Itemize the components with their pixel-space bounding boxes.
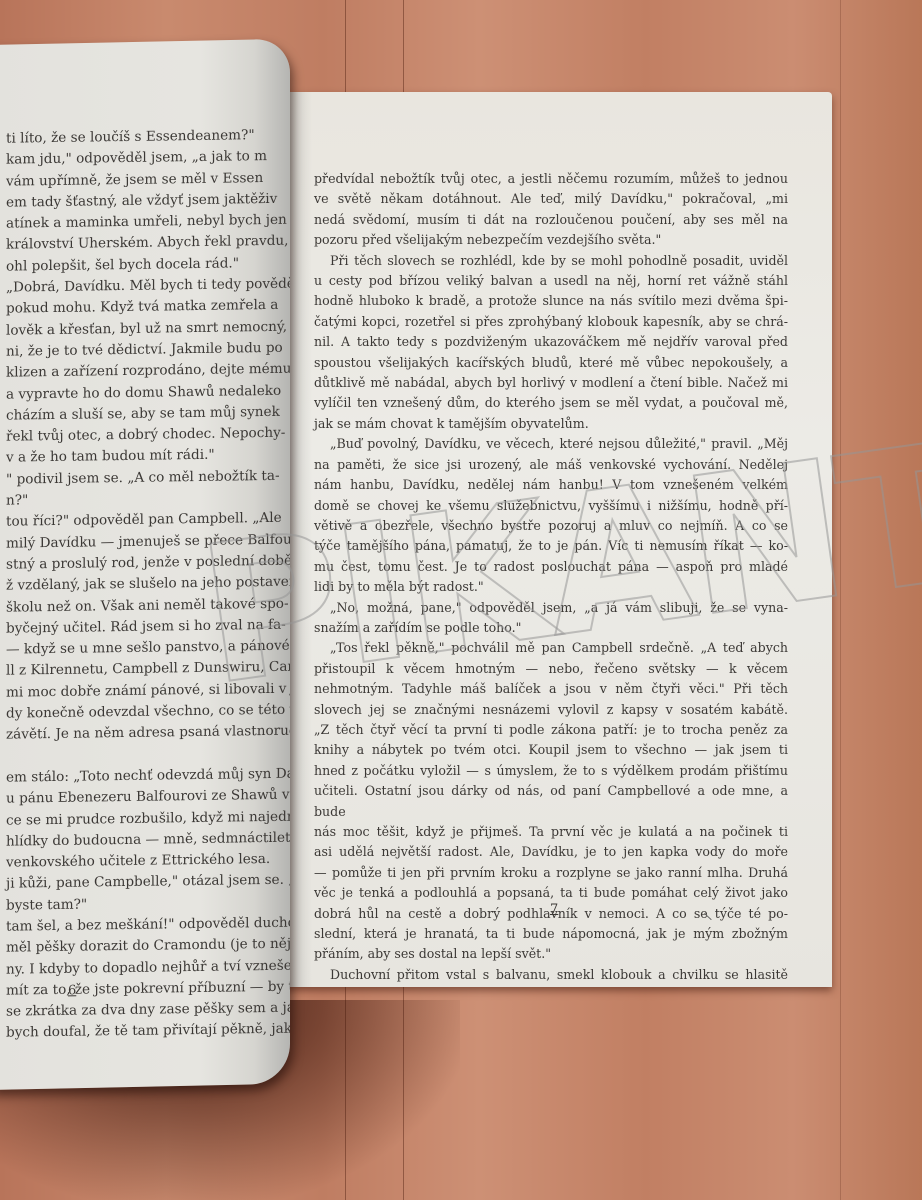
text-line: bych doufal, že tě tam přivítají pěkně, … — [6, 1019, 290, 1044]
text-line: snažím a zařídím se podle toho." — [314, 618, 788, 638]
text-line: nedá svědomí, musím ti dát na rozloučeno… — [314, 210, 788, 230]
text-line: závětí. Je na něm adresa psaná vlastnoru… — [6, 721, 290, 746]
text-line: Duchovní přitom vstal s balvanu, smekl k… — [314, 965, 788, 985]
right-page-number: 7 — [550, 902, 558, 917]
text-line: království Uherském. Abych řekl pravdu, — [6, 231, 290, 256]
text-line: hodně hluboko k bradě, a protože slunce … — [314, 291, 788, 311]
text-line: nil. A takto tedy s pozdviženým ukazováč… — [314, 332, 788, 352]
text-line: jak se mám chovat k tamějším obyvatelům. — [314, 414, 788, 434]
text-line: týče tamějšího pána, pamatuj, že to je p… — [314, 536, 788, 556]
text-line: domě se chovej ke všemu služebnictvu, vy… — [314, 496, 788, 516]
text-line: — pomůže ti jen při prvním kroku a rozpl… — [314, 863, 788, 883]
text-line: na paměti, že sice jsi urozený, ale máš … — [314, 455, 788, 475]
text-line: čatými kopci, rozetřel si přes zprohýban… — [314, 312, 788, 332]
left-page-number: 6 — [68, 983, 76, 998]
text-line: učiteli. Ostatní jsou dárky od nás, od p… — [314, 781, 788, 822]
text-line: mu čest, tomu čest. Je to radost poslouc… — [314, 557, 788, 577]
text-line: „Tos řekl pěkně," pochválil mě pan Campb… — [314, 638, 788, 658]
right-page-body: předvídal nebožtík tvůj otec, a jestli n… — [314, 169, 788, 987]
text-line: hned z počátku vyložil — s úmyslem, že t… — [314, 761, 788, 781]
text-line: asi udělá největší radost. Ale, Davídku,… — [314, 842, 788, 862]
text-line: slovech jej se značnými nesnázemi vylovi… — [314, 700, 788, 720]
text-line: " podivil jsem se. „A co měl nebožtík ta… — [6, 465, 290, 490]
left-page: ti líto, že se loučíš s Essendeanem?"kam… — [0, 39, 290, 1090]
text-line: přistoupil k věcem hmotným — nebo, řečen… — [314, 659, 788, 679]
text-line: nehmotným. Tadyhle máš balíček a jsou v … — [314, 679, 788, 699]
text-line: věc je tenká a podlouhlá a popsaná, ta t… — [314, 883, 788, 903]
text-line: spoustou všelijakých kacířských bludů, k… — [314, 353, 788, 373]
text-line: slední, která je hranatá, ta ti bude náp… — [314, 924, 788, 944]
text-line: předvídal nebožtík tvůj otec, a jestli n… — [314, 169, 788, 189]
text-line: a dojimavě modlil za mladíka, který se v… — [314, 985, 788, 987]
text-line: nám hanbu, Davídku, nedělej nám hanbu! V… — [314, 475, 788, 495]
text-line: „Z těch čtyř věcí ta první ti podle záko… — [314, 720, 788, 740]
text-line: ve světě někam dotáhnout. Ale teď, milý … — [314, 189, 788, 209]
text-line: u cesty pod břízou veliký balvan a usedl… — [314, 271, 788, 291]
right-page: předvídal nebožtík tvůj otec, a jestli n… — [272, 92, 832, 987]
text-line: knihy a nábytek po tvém otci. Koupil jse… — [314, 740, 788, 760]
text-line: „Buď povolný, Davídku, ve věcech, které … — [314, 434, 788, 454]
text-line: přáním, aby ses dostal na lepší svět." — [314, 944, 788, 964]
left-page-body: ti líto, že se loučíš s Essendeanem?"kam… — [6, 125, 290, 1045]
text-line: řekl tvůj otec, a dobrý chodec. Nepochy- — [6, 423, 290, 448]
text-line: ji kůži, pane Campbelle," otázal jsem se… — [6, 870, 290, 895]
text-line: nás moc těšit, když je přijmeš. Ta první… — [314, 822, 788, 842]
text-line: vylíčil ten vznešený dům, do kterého jse… — [314, 393, 788, 413]
text-line: lidi by to měla být radost." — [314, 577, 788, 597]
text-line: pozoru před všelijakým nebezpečím vezdej… — [314, 230, 788, 250]
text-line: důtklivě mě nabádal, abych byl horlivý v… — [314, 373, 788, 393]
text-line: větivě a obezřele, všechno bystře pozoru… — [314, 516, 788, 536]
text-line: Při těch slovech se rozhlédl, kde by se … — [314, 251, 788, 271]
text-line: „No, možná, pane," odpověděl jsem, „a já… — [314, 598, 788, 618]
table-plank-seam — [840, 0, 841, 1200]
